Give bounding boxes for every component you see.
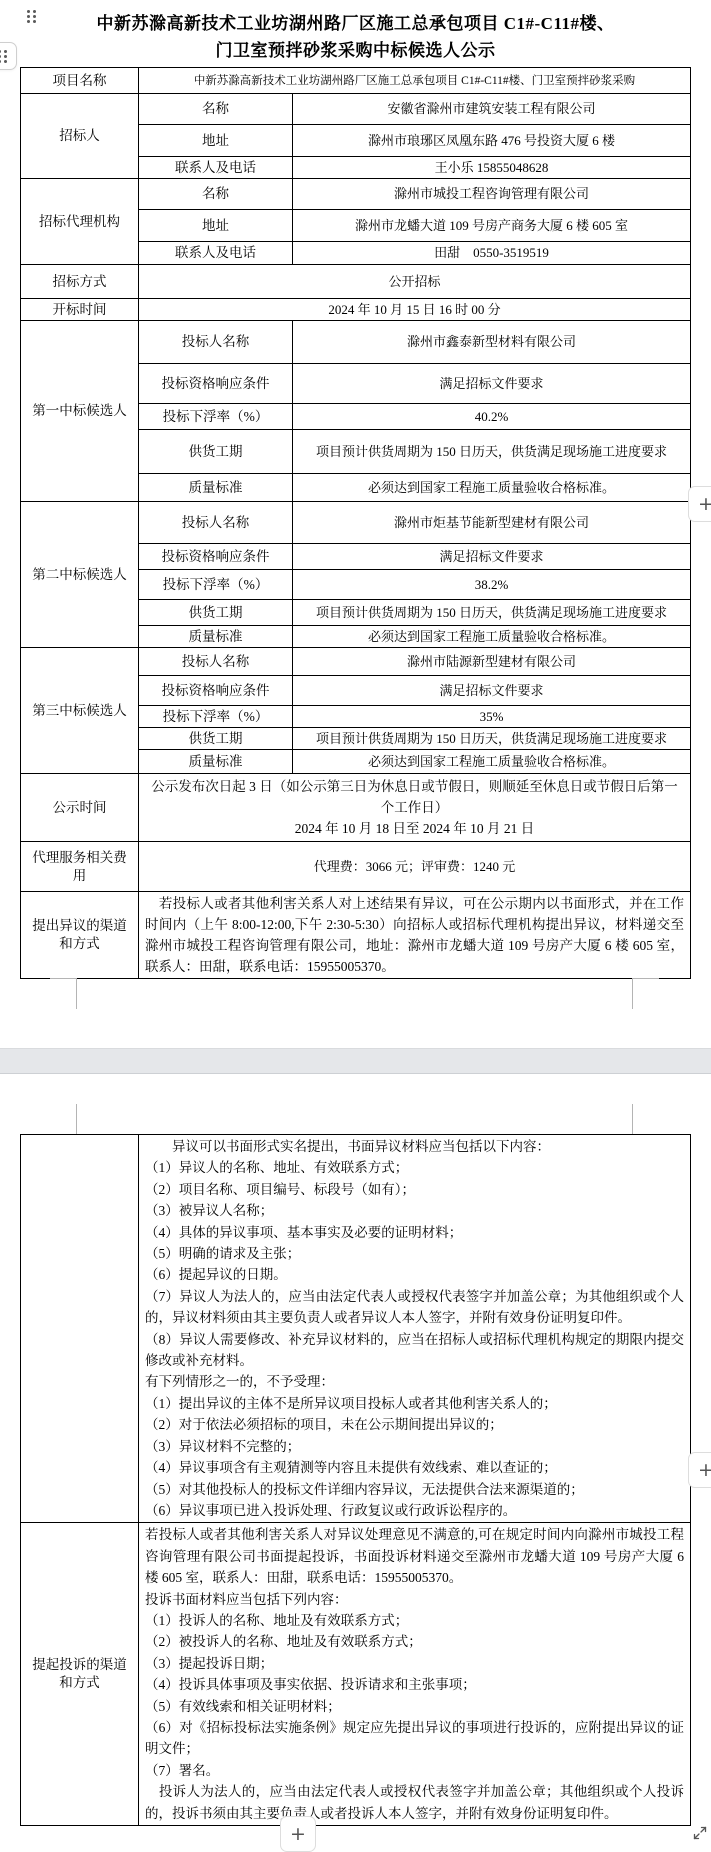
- text-line: （1）异议人的名称、地址、有效联系方式；: [145, 1157, 684, 1178]
- tenderer-contact-label-cell: 联系人及电话: [139, 157, 293, 179]
- page-1: 中新苏滁高新技术工业坊湖州路厂区施工总承包项目 C1#-C11#楼、 门卫室预拌…: [0, 0, 711, 979]
- expand-fullscreen-button[interactable]: [691, 1824, 709, 1842]
- tenderer-addr-cell: 滁州市琅琊区凤凰东路 476 号投资大厦 6 楼: [293, 125, 691, 157]
- text-line: （2）对于依法必须招标的项目，未在公示期间提出异议的；: [145, 1414, 684, 1435]
- candidate2-name-cell: 滁州市炬基节能新型建材有限公司: [293, 502, 691, 544]
- candidate1-period-label-cell: 供货工期: [139, 430, 293, 474]
- fee-value-cell: 代理费：3066 元；评审费：1240 元: [139, 842, 691, 892]
- tenderer-addr-label-cell: 地址: [139, 125, 293, 157]
- block-handle-button[interactable]: [0, 42, 17, 70]
- text-line: （5）有效线索和相关证明材料；: [145, 1696, 684, 1717]
- candidate3-qual-label-cell: 投标资格响应条件: [139, 676, 293, 706]
- publicity-period-text: 公示发布次日起 3 日（如公示第三日为休息日或节假日，则顺延至休息日或节假日后第…: [145, 776, 684, 818]
- candidate3-period-label-cell: 供货工期: [139, 728, 293, 750]
- agency-contact-label-cell: 联系人及电话: [139, 242, 293, 265]
- add-comment-button[interactable]: +: [688, 1452, 711, 1488]
- drag-handle-icon[interactable]: [27, 10, 36, 23]
- text-line: （2）项目名称、项目编号、标段号（如有）；: [145, 1179, 684, 1200]
- text-line: （2）被投诉人的名称、地址及有效联系方式；: [145, 1631, 684, 1652]
- agency-label-cell: 招标代理机构: [21, 179, 139, 265]
- complaint-label-cell: 提起投诉的渠道和方式: [21, 1523, 139, 1826]
- candidate3-name-label-cell: 投标人名称: [139, 648, 293, 676]
- plus-icon: +: [698, 1461, 711, 1480]
- announcement-table: 项目名称 中新苏滁高新技术工业坊湖州路厂区施工总承包项目 C1#-C11#楼、门…: [20, 67, 691, 979]
- candidate2-qual-label-cell: 投标资格响应条件: [139, 544, 293, 570]
- candidate2-name-label-cell: 投标人名称: [139, 502, 293, 544]
- fee-label-cell: 代理服务相关费用: [21, 842, 139, 892]
- drag-dots-icon: [0, 50, 7, 63]
- page-margin-corner-mark: [632, 978, 659, 1009]
- method-value-cell: 公开招标: [139, 265, 691, 299]
- candidate3-quality-cell: 必须达到国家工程施工质量验收合格标准。: [293, 750, 691, 774]
- candidate2-quality-label-cell: 质量标准: [139, 626, 293, 648]
- candidate3-name-cell: 滁州市陆源新型建材有限公司: [293, 648, 691, 676]
- candidate2-label-cell: 第二中标候选人: [21, 502, 139, 648]
- tenderer-name-label-cell: 名称: [139, 94, 293, 125]
- method-label-cell: 招标方式: [21, 265, 139, 299]
- candidate1-period-cell: 项目预计供货周期为 150 日历天，供货满足现场施工进度要求: [293, 430, 691, 474]
- text-line: （3）被异议人名称；: [145, 1200, 684, 1221]
- tenderer-name-cell: 安徽省滁州市建筑安装工程有限公司: [293, 94, 691, 125]
- publicity-value-cell: 公示发布次日起 3 日（如公示第三日为休息日或节假日，则顺延至休息日或节假日后第…: [139, 774, 691, 842]
- text-line: （4）具体的异议事项、基本事实及必要的证明材料；: [145, 1222, 684, 1243]
- candidate1-name-cell: 滁州市鑫泰新型材料有限公司: [293, 321, 691, 364]
- candidate1-quality-cell: 必须达到国家工程施工质量验收合格标准。: [293, 474, 691, 502]
- drag-dots-icon: [27, 10, 36, 23]
- candidate1-rate-cell: 40.2%: [293, 404, 691, 430]
- candidate1-name-label-cell: 投标人名称: [139, 321, 293, 364]
- candidate3-rate-cell: 35%: [293, 706, 691, 728]
- agency-addr-cell: 滁州市龙蟠大道 109 号房产商务大厦 6 楼 605 室: [293, 210, 691, 242]
- objection-detail-text: 异议可以书面形式实名提出，书面异议材料应当包括以下内容：（1）异议人的名称、地址…: [145, 1136, 684, 1521]
- text-line: 异议可以书面形式实名提出，书面异议材料应当包括以下内容：: [145, 1136, 684, 1157]
- objection-value-cell: 若投标人或者其他利害关系人对上述结果有异议，可在公示期内以书面形式，并在工作时间…: [139, 892, 691, 979]
- text-line: （8）异议人需要修改、补充异议材料的，应当在招标人或招标代理机构规定的期限内提交…: [145, 1329, 684, 1372]
- document-title: 中新苏滁高新技术工业坊湖州路厂区施工总承包项目 C1#-C11#楼、 门卫室预拌…: [0, 0, 711, 64]
- candidate2-qual-cell: 满足招标文件要求: [293, 544, 691, 570]
- candidate2-quality-cell: 必须达到国家工程施工质量验收合格标准。: [293, 626, 691, 648]
- text-line: （5）对其他投标人的投标文件详细内容异议，无法提供合法来源渠道的；: [145, 1479, 684, 1500]
- title-line-2: 门卫室预拌砂浆采购中标候选人公示: [0, 37, 711, 64]
- agency-name-label-cell: 名称: [139, 179, 293, 210]
- candidate1-quality-label-cell: 质量标准: [139, 474, 293, 502]
- candidate2-rate-cell: 38.2%: [293, 570, 691, 600]
- project-value-cell: 中新苏滁高新技术工业坊湖州路厂区施工总承包项目 C1#-C11#楼、门卫室预拌砂…: [139, 68, 691, 94]
- text-line: （1）投诉人的名称、地址及有效联系方式；: [145, 1610, 684, 1631]
- complaint-detail-cell: 若投标人或者其他利害关系人对异议处理意见不满意的,可在规定时间内向滁州市城投工程…: [139, 1523, 691, 1826]
- candidate3-label-cell: 第三中标候选人: [21, 648, 139, 774]
- page-separator: [0, 1048, 711, 1074]
- page-2: 异议可以书面形式实名提出，书面异议材料应当包括以下内容：（1）异议人的名称、地址…: [0, 1072, 711, 1826]
- add-block-button[interactable]: +: [280, 1816, 316, 1852]
- candidate2-rate-label-cell: 投标下浮率（%）: [139, 570, 293, 600]
- add-comment-button[interactable]: +: [688, 486, 711, 522]
- text-line: （4）异议事项含有主观猜测等内容且未提供有效线索、难以查证的；: [145, 1457, 684, 1478]
- expand-icon: [693, 1826, 707, 1840]
- open-time-label-cell: 开标时间: [21, 299, 139, 321]
- candidate2-period-cell: 项目预计供货周期为 150 日历天，供货满足现场施工进度要求: [293, 600, 691, 626]
- text-line: （3）提起投诉日期；: [145, 1653, 684, 1674]
- text-line: 若投标人或者其他利害关系人对异议处理意见不满意的,可在规定时间内向滁州市城投工程…: [145, 1524, 684, 1588]
- candidate1-rate-label-cell: 投标下浮率（%）: [139, 404, 293, 430]
- text-line: （6）提起异议的日期。: [145, 1264, 684, 1285]
- candidate3-rate-label-cell: 投标下浮率（%）: [139, 706, 293, 728]
- project-label-cell: 项目名称: [21, 68, 139, 94]
- text-line: （7）异议人为法人的，应当由法定代表人或授权代表签字并加盖公章；为其他组织或个人…: [145, 1286, 684, 1329]
- text-line: （4）投诉具体事项及事实依据、投诉请求和主张事项；: [145, 1674, 684, 1695]
- candidate3-quality-label-cell: 质量标准: [139, 750, 293, 774]
- plus-icon: +: [290, 1825, 306, 1844]
- complaint-detail-text: 若投标人或者其他利害关系人对异议处理意见不满意的,可在规定时间内向滁州市城投工程…: [145, 1524, 684, 1824]
- text-line: （7）署名。: [145, 1760, 684, 1781]
- candidate2-period-label-cell: 供货工期: [139, 600, 293, 626]
- text-line: （3）异议材料不完整的；: [145, 1436, 684, 1457]
- text-line: （6）异议事项已进入投诉处理、行政复议或行政诉讼程序的。: [145, 1500, 684, 1521]
- tenderer-contact-cell: 王小乐 15855048628: [293, 157, 691, 179]
- page-margin-corner-mark: [50, 978, 77, 1009]
- agency-contact-cell: 田甜 0550-3519519: [293, 242, 691, 265]
- text-line: 投诉人为法人的，应当由法定代表人或授权代表签字并加盖公章；其他组织或个人投诉的，…: [145, 1781, 684, 1824]
- objection-detail-cell: 异议可以书面形式实名提出，书面异议材料应当包括以下内容：（1）异议人的名称、地址…: [139, 1135, 691, 1523]
- continuation-empty-cell: [21, 1135, 139, 1523]
- text-line: （6）对《招标投标法实施条例》规定应先提出异议的事项进行投诉的，应附提出异议的证…: [145, 1717, 684, 1760]
- text-line: 有下列情形之一的，不予受理：: [145, 1371, 684, 1392]
- publicity-date-text: 2024 年 10 月 18 日至 2024 年 10 月 21 日: [145, 818, 684, 839]
- candidate1-label-cell: 第一中标候选人: [21, 321, 139, 502]
- text-line: （1）提出异议的主体不是所异议项目投标人或者其他利害关系人的；: [145, 1393, 684, 1414]
- text-line: 投诉书面材料应当包括下列内容：: [145, 1589, 684, 1610]
- objection-label-cell: 提出异议的渠道和方式: [21, 892, 139, 979]
- title-line-1: 中新苏滁高新技术工业坊湖州路厂区施工总承包项目 C1#-C11#楼、: [0, 10, 711, 37]
- tenderer-label-cell: 招标人: [21, 94, 139, 179]
- document-viewer: 中新苏滁高新技术工业坊湖州路厂区施工总承包项目 C1#-C11#楼、 门卫室预拌…: [0, 0, 711, 1852]
- text-line: （5）明确的请求及主张；: [145, 1243, 684, 1264]
- candidate1-qual-cell: 满足招标文件要求: [293, 364, 691, 404]
- agency-name-cell: 滁州市城投工程咨询管理有限公司: [293, 179, 691, 210]
- open-time-value-cell: 2024 年 10 月 15 日 16 时 00 分: [139, 299, 691, 321]
- objection-complaint-table: 异议可以书面形式实名提出，书面异议材料应当包括以下内容：（1）异议人的名称、地址…: [20, 1134, 691, 1826]
- publicity-label-cell: 公示时间: [21, 774, 139, 842]
- plus-icon: +: [698, 495, 711, 514]
- candidate3-qual-cell: 满足招标文件要求: [293, 676, 691, 706]
- agency-addr-label-cell: 地址: [139, 210, 293, 242]
- candidate1-qual-label-cell: 投标资格响应条件: [139, 364, 293, 404]
- candidate3-period-cell: 项目预计供货周期为 150 日历天，供货满足现场施工进度要求: [293, 728, 691, 750]
